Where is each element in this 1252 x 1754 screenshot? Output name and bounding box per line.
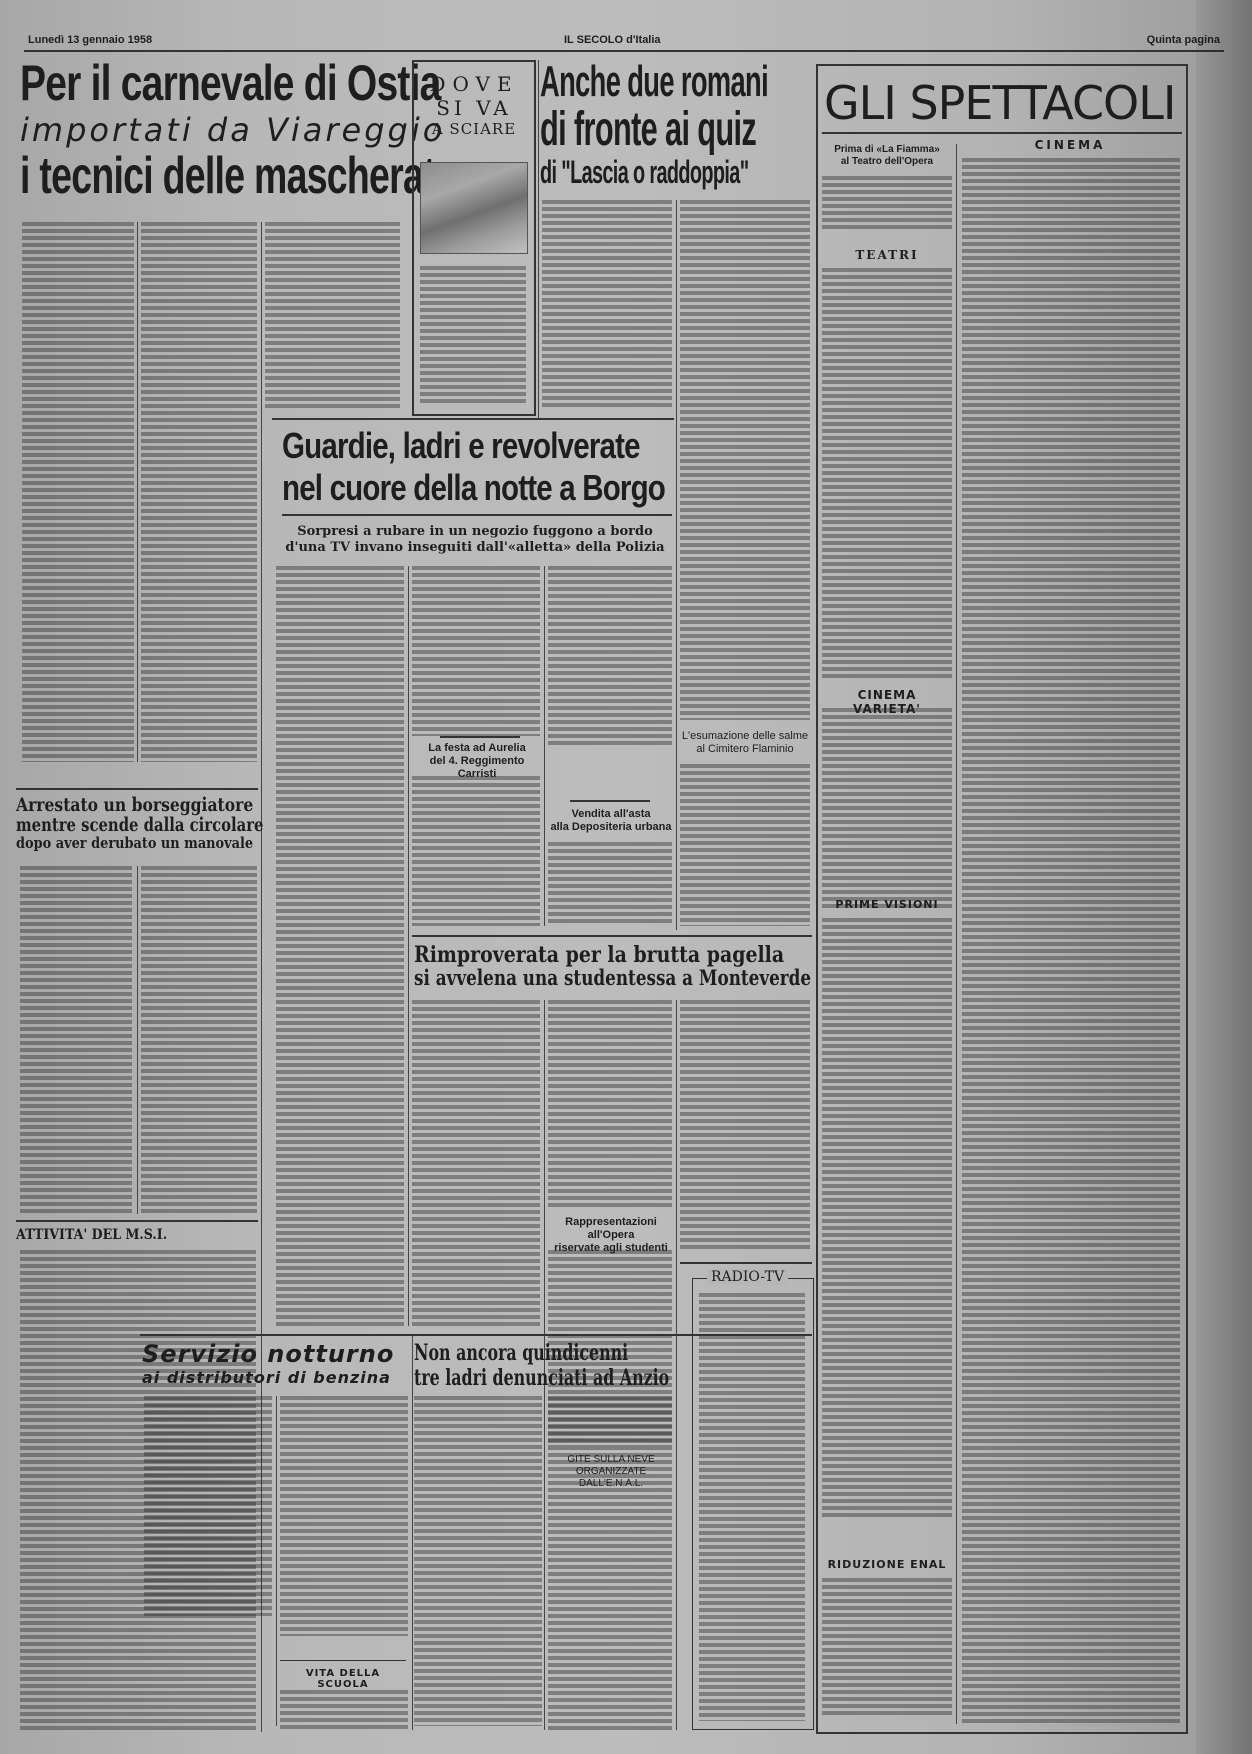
rule <box>570 800 650 802</box>
article-guardie: Guardie, ladri e revolverate nel cuore d… <box>282 428 672 506</box>
article-body <box>22 222 134 762</box>
column-rule <box>544 566 545 926</box>
article-body <box>141 866 257 1214</box>
headline: Guardie, ladri e revolverate <box>282 428 602 464</box>
article-body <box>548 1000 672 1210</box>
article-carnevale: Per il carnevale di Ostia importati da V… <box>20 58 406 202</box>
deck: Sorpresi a rubare in un negozio fuggono … <box>280 524 670 555</box>
article-esumazione: L'esumazione delle salme al Cimitero Fla… <box>680 730 810 756</box>
section-title-msi: ATTIVITA' DEL M.S.I. <box>16 1228 167 1243</box>
section-title-teatri: TEATRI <box>822 248 952 262</box>
article-fiamma: Prima di «La Fiamma» al Teatro dell'Oper… <box>822 144 952 168</box>
headline: Anche due romani <box>540 60 707 104</box>
issue-date: Lunedì 13 gennaio 1958 <box>28 34 152 46</box>
page-shadow <box>1196 0 1252 1754</box>
article-body <box>412 1000 540 1326</box>
article-body <box>548 842 672 926</box>
article-gite: GITE SULLA NEVE ORGANIZZATE DALL'E.N.A.L… <box>548 1454 674 1490</box>
rule <box>412 935 812 937</box>
teatri-listings <box>822 268 952 678</box>
article-body <box>414 1396 542 1726</box>
rule <box>282 514 672 516</box>
column-rule <box>276 1396 277 1726</box>
headline: tre ladri denunciati ad Anzio <box>414 1367 608 1390</box>
rule <box>822 132 1182 134</box>
section-title-prime-visioni: PRIME VISIONI <box>822 898 952 911</box>
headline: i tecnici delle mascherate <box>20 150 298 202</box>
article-quiz: Anche due romani di fronte ai quiz di "L… <box>540 60 810 188</box>
article-body <box>280 1396 408 1636</box>
headline: Rappresentazioni all'Opera <box>548 1216 674 1242</box>
headline: al Teatro dell'Opera <box>822 156 952 168</box>
article-body <box>276 566 404 1326</box>
headline: Per il carnevale di Ostia <box>20 58 321 108</box>
column-rule <box>956 144 957 1724</box>
rule <box>140 1334 812 1336</box>
article-body <box>141 222 257 762</box>
article-body <box>265 222 400 410</box>
rule <box>440 736 520 738</box>
box-title: A SCIARE <box>414 120 534 138</box>
spettacoli-panel: GLI SPETTACOLI Prima di «La Fiamma» al T… <box>816 64 1188 1734</box>
box-title: RADIO-TV <box>707 1269 788 1285</box>
article-body <box>680 764 810 926</box>
ski-resort-list <box>420 266 526 406</box>
headline: alla Depositeria urbana <box>548 821 674 834</box>
headline: mentre scende dalla circolare <box>16 816 208 836</box>
article-body <box>680 1000 810 1250</box>
cinema-listings <box>962 158 1180 1724</box>
headline: nel cuore della notte a Borgo <box>282 470 602 506</box>
column-rule <box>408 566 409 1326</box>
rule <box>280 1660 406 1661</box>
masthead: IL SECOLO d'Italia <box>564 34 661 46</box>
column-rule <box>137 866 138 1214</box>
headline: Rimproverata per la brutta pagella <box>414 944 758 967</box>
article-body <box>412 776 540 926</box>
article-body <box>542 200 672 410</box>
box-radio-tv: RADIO-TV <box>692 1278 814 1730</box>
article-body <box>548 1250 672 1730</box>
rule <box>16 1220 258 1222</box>
varieta-listings <box>822 708 952 908</box>
column-rule <box>137 222 138 762</box>
prime-visioni-listings <box>822 918 952 1518</box>
article-vendita: Vendita all'asta alla Depositeria urbana <box>548 808 674 834</box>
headline: Vendita all'asta <box>548 808 674 821</box>
article-borseggiatore: Arrestato un borseggiatore mentre scende… <box>16 796 262 852</box>
rule <box>680 1262 812 1264</box>
headline: L'esumazione delle salme <box>680 730 810 743</box>
spettacoli-title: GLI SPETTACOLI <box>824 76 1175 130</box>
article-body <box>412 566 540 736</box>
headline-italic: ai distributori di benzina <box>142 1370 410 1386</box>
article-body <box>822 176 952 232</box>
headline: Prima di «La Fiamma» <box>822 144 952 156</box>
ski-lift-photo <box>420 162 528 254</box>
headline: GITE SULLA NEVE <box>548 1454 674 1466</box>
rule <box>272 418 674 420</box>
box-dove-sciare: DOVE SI VA A SCIARE <box>412 60 536 416</box>
article-body <box>548 1396 672 1446</box>
running-head: Lunedì 13 gennaio 1958 IL SECOLO d'Itali… <box>24 30 1224 52</box>
column-rule <box>538 60 539 420</box>
section-title-riduzione: RIDUZIONE ENAL <box>822 1558 952 1571</box>
headline: Non ancora quindicenni <box>414 1342 608 1365</box>
headline: di "Lascia o raddoppia" <box>540 156 707 188</box>
newspaper-page: Lunedì 13 gennaio 1958 IL SECOLO d'Itali… <box>0 0 1252 1754</box>
article-pagella: Rimproverata per la brutta pagella si av… <box>414 944 814 989</box>
headline: si avvelena una studentessa a Monteverde <box>414 967 734 989</box>
headline: al Cimitero Flaminio <box>680 743 810 756</box>
article-quindicenni: Non ancora quindicenni tre ladri denunci… <box>414 1342 684 1390</box>
article-body <box>280 1690 408 1730</box>
riduzione-listings <box>822 1578 952 1718</box>
headline: Arrestato un borseggiatore <box>16 796 218 816</box>
headline: ORGANIZZATE DALL'E.N.A.L. <box>548 1466 674 1490</box>
section-title-scuola: VITA DELLA SCUOLA <box>280 1668 406 1690</box>
headline: dopo aver derubato un manovale <box>16 836 228 852</box>
column-rule <box>676 200 677 930</box>
article-body <box>548 566 672 746</box>
headline-italic: importati da Viareggio <box>20 114 406 146</box>
box-title: SI VA <box>414 96 534 120</box>
rule <box>16 788 258 790</box>
column-rule <box>412 1336 413 1730</box>
headline: Servizio notturno <box>142 1342 410 1366</box>
radio-schedule <box>699 1293 805 1721</box>
section-title-cinema: CINEMA <box>960 138 1180 152</box>
headline: La festa ad Aurelia <box>412 742 542 755</box>
article-body <box>144 1396 272 1616</box>
article-body <box>20 866 132 1214</box>
box-title: DOVE <box>414 72 534 96</box>
headline: di fronte ai quiz <box>540 106 713 154</box>
article-servizio: Servizio notturno ai distributori di ben… <box>142 1342 410 1386</box>
article-body <box>680 200 810 720</box>
